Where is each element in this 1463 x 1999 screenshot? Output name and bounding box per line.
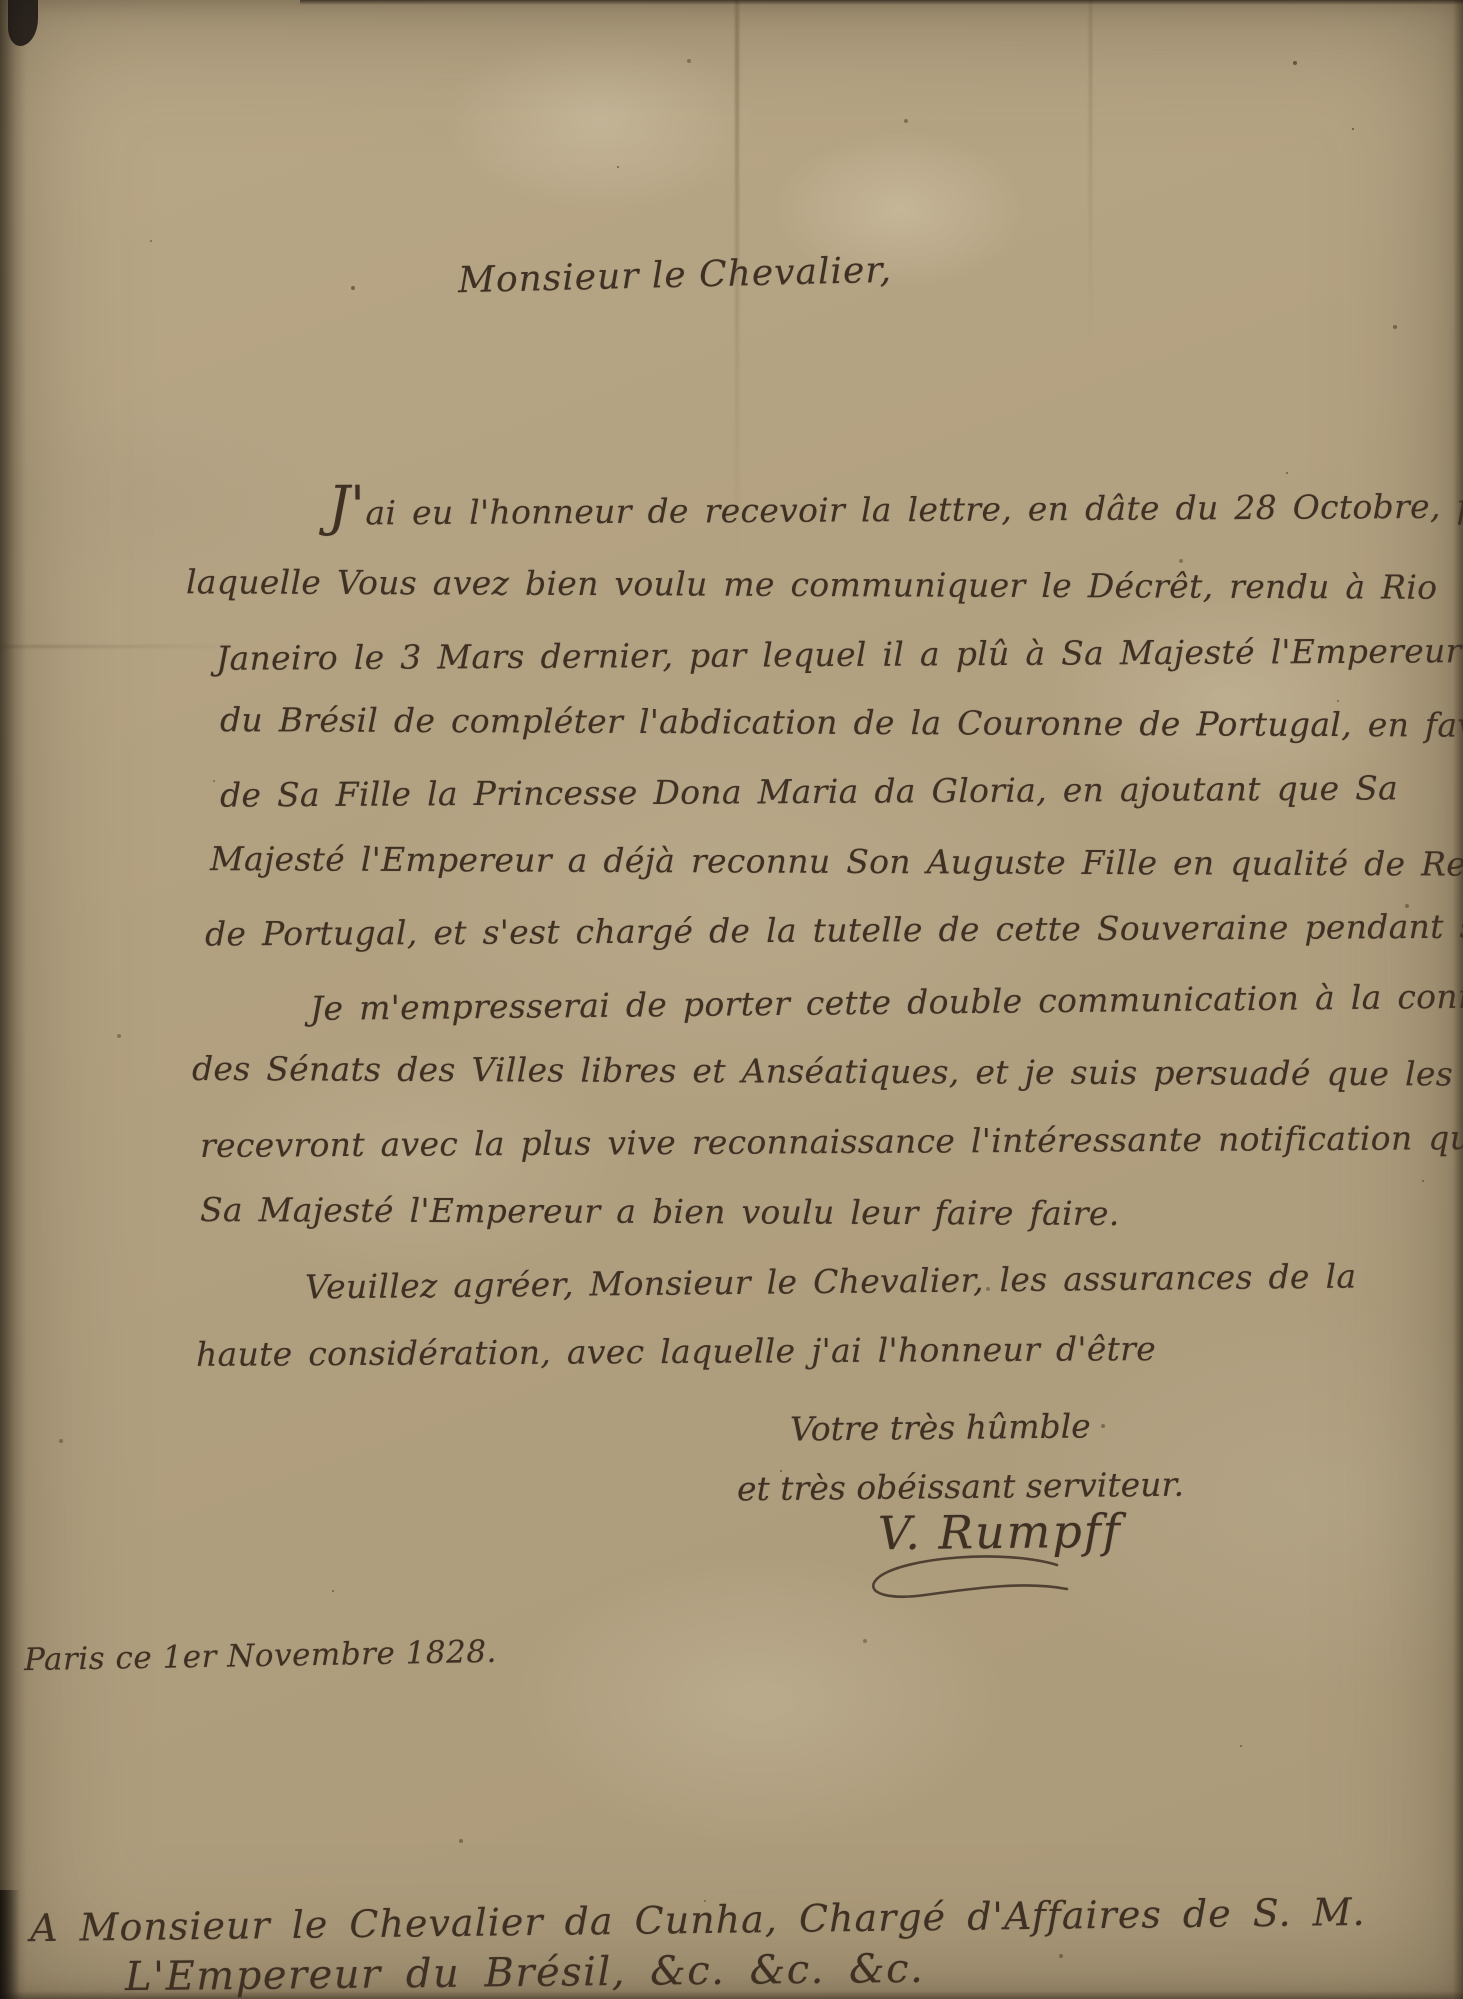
salutation: Monsieur le Chevalier,	[458, 250, 893, 302]
valediction-line: Votre très hûmble	[790, 1406, 1091, 1448]
dateline: Paris ce 1er Novembre 1828.	[24, 1634, 497, 1678]
letter-line: haute considération, avec laquelle j'ai …	[196, 1329, 1156, 1374]
letter-line: laquelle Vous avez bien voulu me communi…	[186, 562, 1438, 606]
letter-line: Janeiro le 3 Mars dernier, par lequel il…	[216, 631, 1462, 678]
letter-line: des Sénats des Villes libres et Anséatiq…	[192, 1049, 1463, 1094]
letter-line: Je m'empresserai de porter cette double …	[310, 975, 1463, 1028]
signature-flourish	[845, 1555, 1075, 1611]
letter-line: de Portugal, et s'est chargé de la tutel…	[205, 906, 1463, 954]
letter-line: recevront avec la plus vive reconnaissan…	[200, 1118, 1463, 1165]
vertical-fold-crease	[1089, 0, 1092, 340]
letter-line: de Sa Fille la Princesse Dona Maria da G…	[220, 768, 1398, 814]
letter-line: Sa Majesté l'Empereur a bien voulu leur …	[200, 1190, 1120, 1233]
letter-line: J'ai eu l'honneur de recevoir la lettre,…	[328, 466, 1463, 537]
valediction-line: et très obéissant serviteur.	[737, 1465, 1184, 1509]
letter-line: Majesté l'Empereur a déjà reconnu Son Au…	[210, 839, 1463, 884]
paper-speckles	[0, 0, 2, 2]
letter-line: du Brésil de compléter l'abdication de l…	[220, 700, 1463, 745]
letter-line: Veuillez agréer, Monsieur le Chevalier, …	[305, 1256, 1357, 1306]
corner-ink-mark	[8, 0, 38, 46]
paper-edge-shadow	[0, 0, 26, 1999]
letter-page: Monsieur le Chevalier, J'ai eu l'honneur…	[0, 0, 1463, 1999]
address-line: A Monsieur le Chevalier da Cunha, Chargé…	[30, 1890, 1366, 1950]
address-line: L'Empereur du Brésil, &c. &c. &c.	[125, 1946, 925, 1999]
signature: V. Rumpff	[878, 1504, 1122, 1561]
horizontal-fold-crease	[0, 645, 240, 648]
paper-edge-shadow	[300, 0, 1463, 5]
corner-ink-mark	[0, 1890, 20, 1999]
